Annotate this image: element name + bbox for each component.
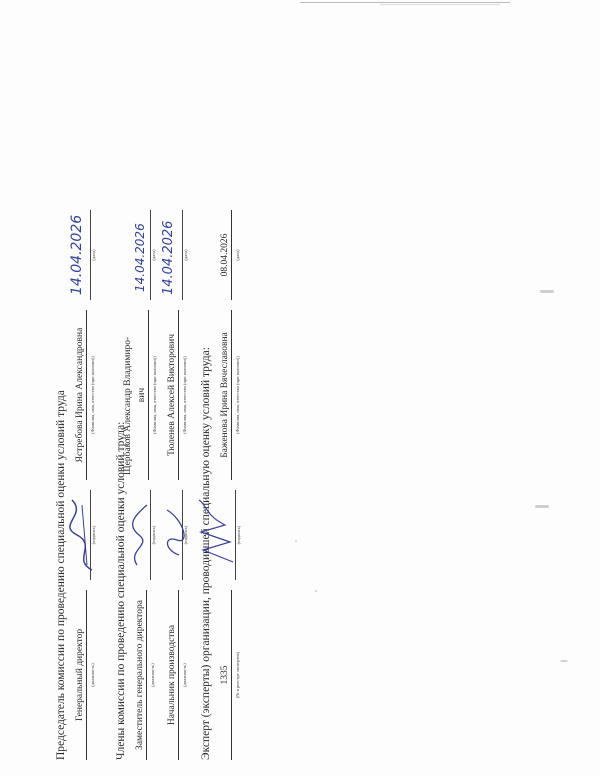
member-1-name-line1: Щербаков Александр Владимиро- [123, 337, 133, 475]
member-2-signature-caption: (подпись) [183, 490, 188, 580]
scan-artifact [315, 590, 317, 592]
member-2-date-caption: (дата) [183, 210, 188, 300]
expert-registry-caption: (№ в реестре экспертов) [235, 590, 240, 760]
chair-heading: Председатель комиссии по проведению спец… [55, 390, 67, 760]
scan-artifact [380, 4, 500, 5]
expert-name-caption: (Фамилия, имя, отчество (при наличии)) [235, 310, 240, 480]
chair-position-caption: (должность) [90, 590, 95, 760]
member-1-position: Заместитель генерального директора [135, 590, 147, 760]
chair-signature-caption: (подпись) [91, 490, 96, 580]
member-2-name: Тюленев Алексей Викторович [167, 310, 179, 480]
expert-date: 08.04.2026 [220, 210, 232, 300]
expert-signature [195, 495, 237, 570]
member-1-date: 14.04.2026 [133, 223, 147, 292]
member-1-date-caption: (дата) [151, 210, 156, 300]
chair-name-caption: (Фамилия, имя, отчество (при наличии)) [90, 310, 95, 480]
chair-position: Генеральный директор [75, 590, 87, 760]
chair-date-caption: (дата) [91, 210, 96, 300]
expert-signature-caption: (подпись) [236, 490, 241, 580]
member-1-name-line2: вич [137, 310, 149, 480]
member-2-name-caption: (Фамилия, имя, отчество (при наличии)) [182, 310, 187, 480]
scan-artifact [535, 505, 549, 508]
chair-name: Ястребова Ирина Александровна [75, 310, 87, 480]
scan-artifact [540, 290, 554, 293]
member-1-signature-caption: (подпись) [151, 490, 156, 580]
scan-artifact [560, 660, 568, 662]
expert-name: Баженова Ирина Вячеславовна [220, 310, 232, 480]
member-2-date: 14.04.2026 [161, 221, 176, 295]
scan-artifact [295, 540, 297, 542]
expert-date-caption: (дата) [235, 210, 240, 300]
chair-date: 14.04.2026 [69, 215, 85, 295]
expert-registry-number: 1335 [220, 590, 232, 760]
member-2-position: Начальник производства [167, 590, 179, 760]
member-2-position-caption: (должность) [182, 590, 187, 760]
scan-artifact [300, 2, 510, 3]
member-1-name-caption: (Фамилия, имя, отчество (при наличии)) [152, 310, 157, 480]
signature-page: Председатель комиссии по проведению спец… [55, 190, 255, 770]
member-1-position-caption: (должность) [150, 590, 155, 760]
